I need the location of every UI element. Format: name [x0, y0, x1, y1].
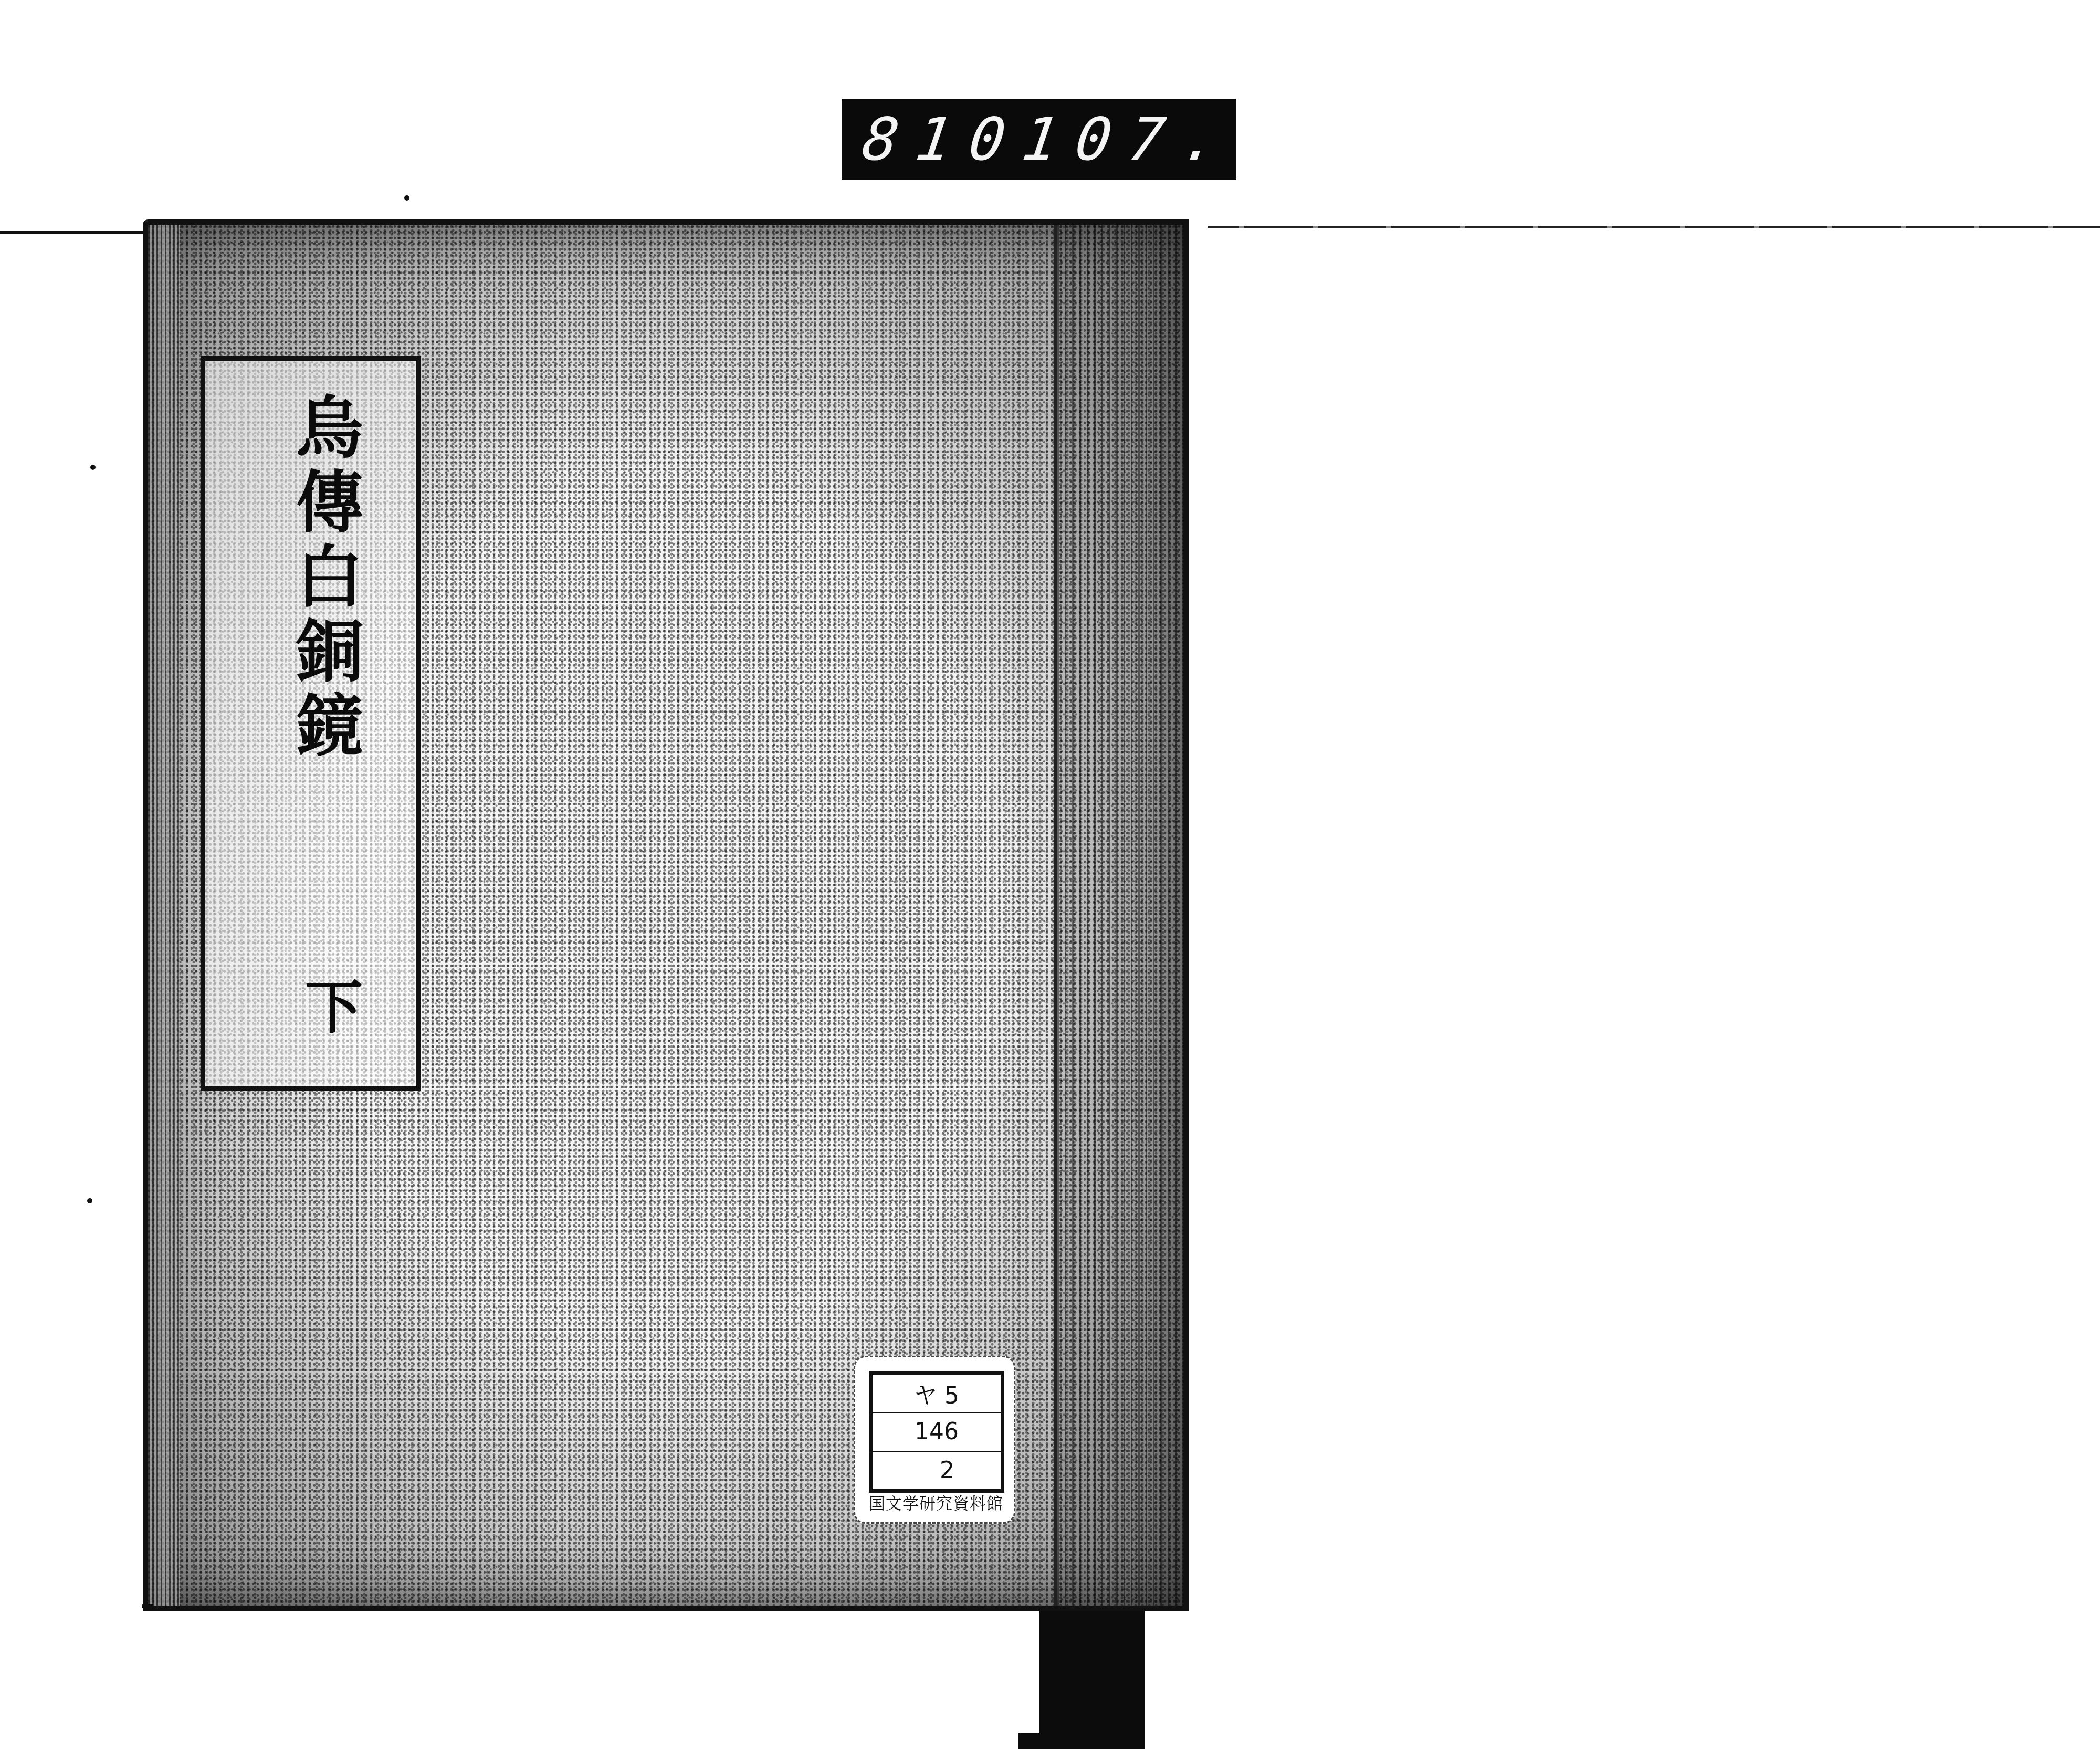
- scan-speck: [87, 1198, 92, 1203]
- book-title: 烏傳白銅鏡: [284, 392, 358, 765]
- scan-speck: [142, 1604, 153, 1608]
- institution-name: 国文学研究資料館: [865, 1490, 1007, 1514]
- call-number-row: 146: [873, 1413, 1001, 1451]
- scan-speck: [404, 195, 409, 201]
- call-number-table: ヤ 5 146 2: [869, 1371, 1004, 1493]
- page-edges: [148, 225, 180, 1606]
- scan-speck: [90, 465, 96, 470]
- title-slip: 烏傳白銅鏡 下: [201, 356, 421, 1091]
- library-call-number-label: ヤ 5 146 2 国文学研究資料館: [854, 1356, 1015, 1524]
- call-number-row: 2: [873, 1452, 1001, 1489]
- scan-rule-right: [1207, 226, 2100, 228]
- frame-counter: 810 107.: [842, 99, 1236, 180]
- scan-rule-left: [0, 231, 157, 234]
- frame-counter-left: 810: [859, 110, 1027, 169]
- background-block: [1039, 1596, 1144, 1749]
- call-number-row: ヤ 5: [873, 1375, 1001, 1413]
- book-cover: 烏傳白銅鏡 下: [143, 219, 1189, 1611]
- volume-mark: 下: [305, 961, 363, 1044]
- frame-counter-right: 107.: [1018, 110, 1240, 169]
- binding-edge: [1054, 225, 1183, 1606]
